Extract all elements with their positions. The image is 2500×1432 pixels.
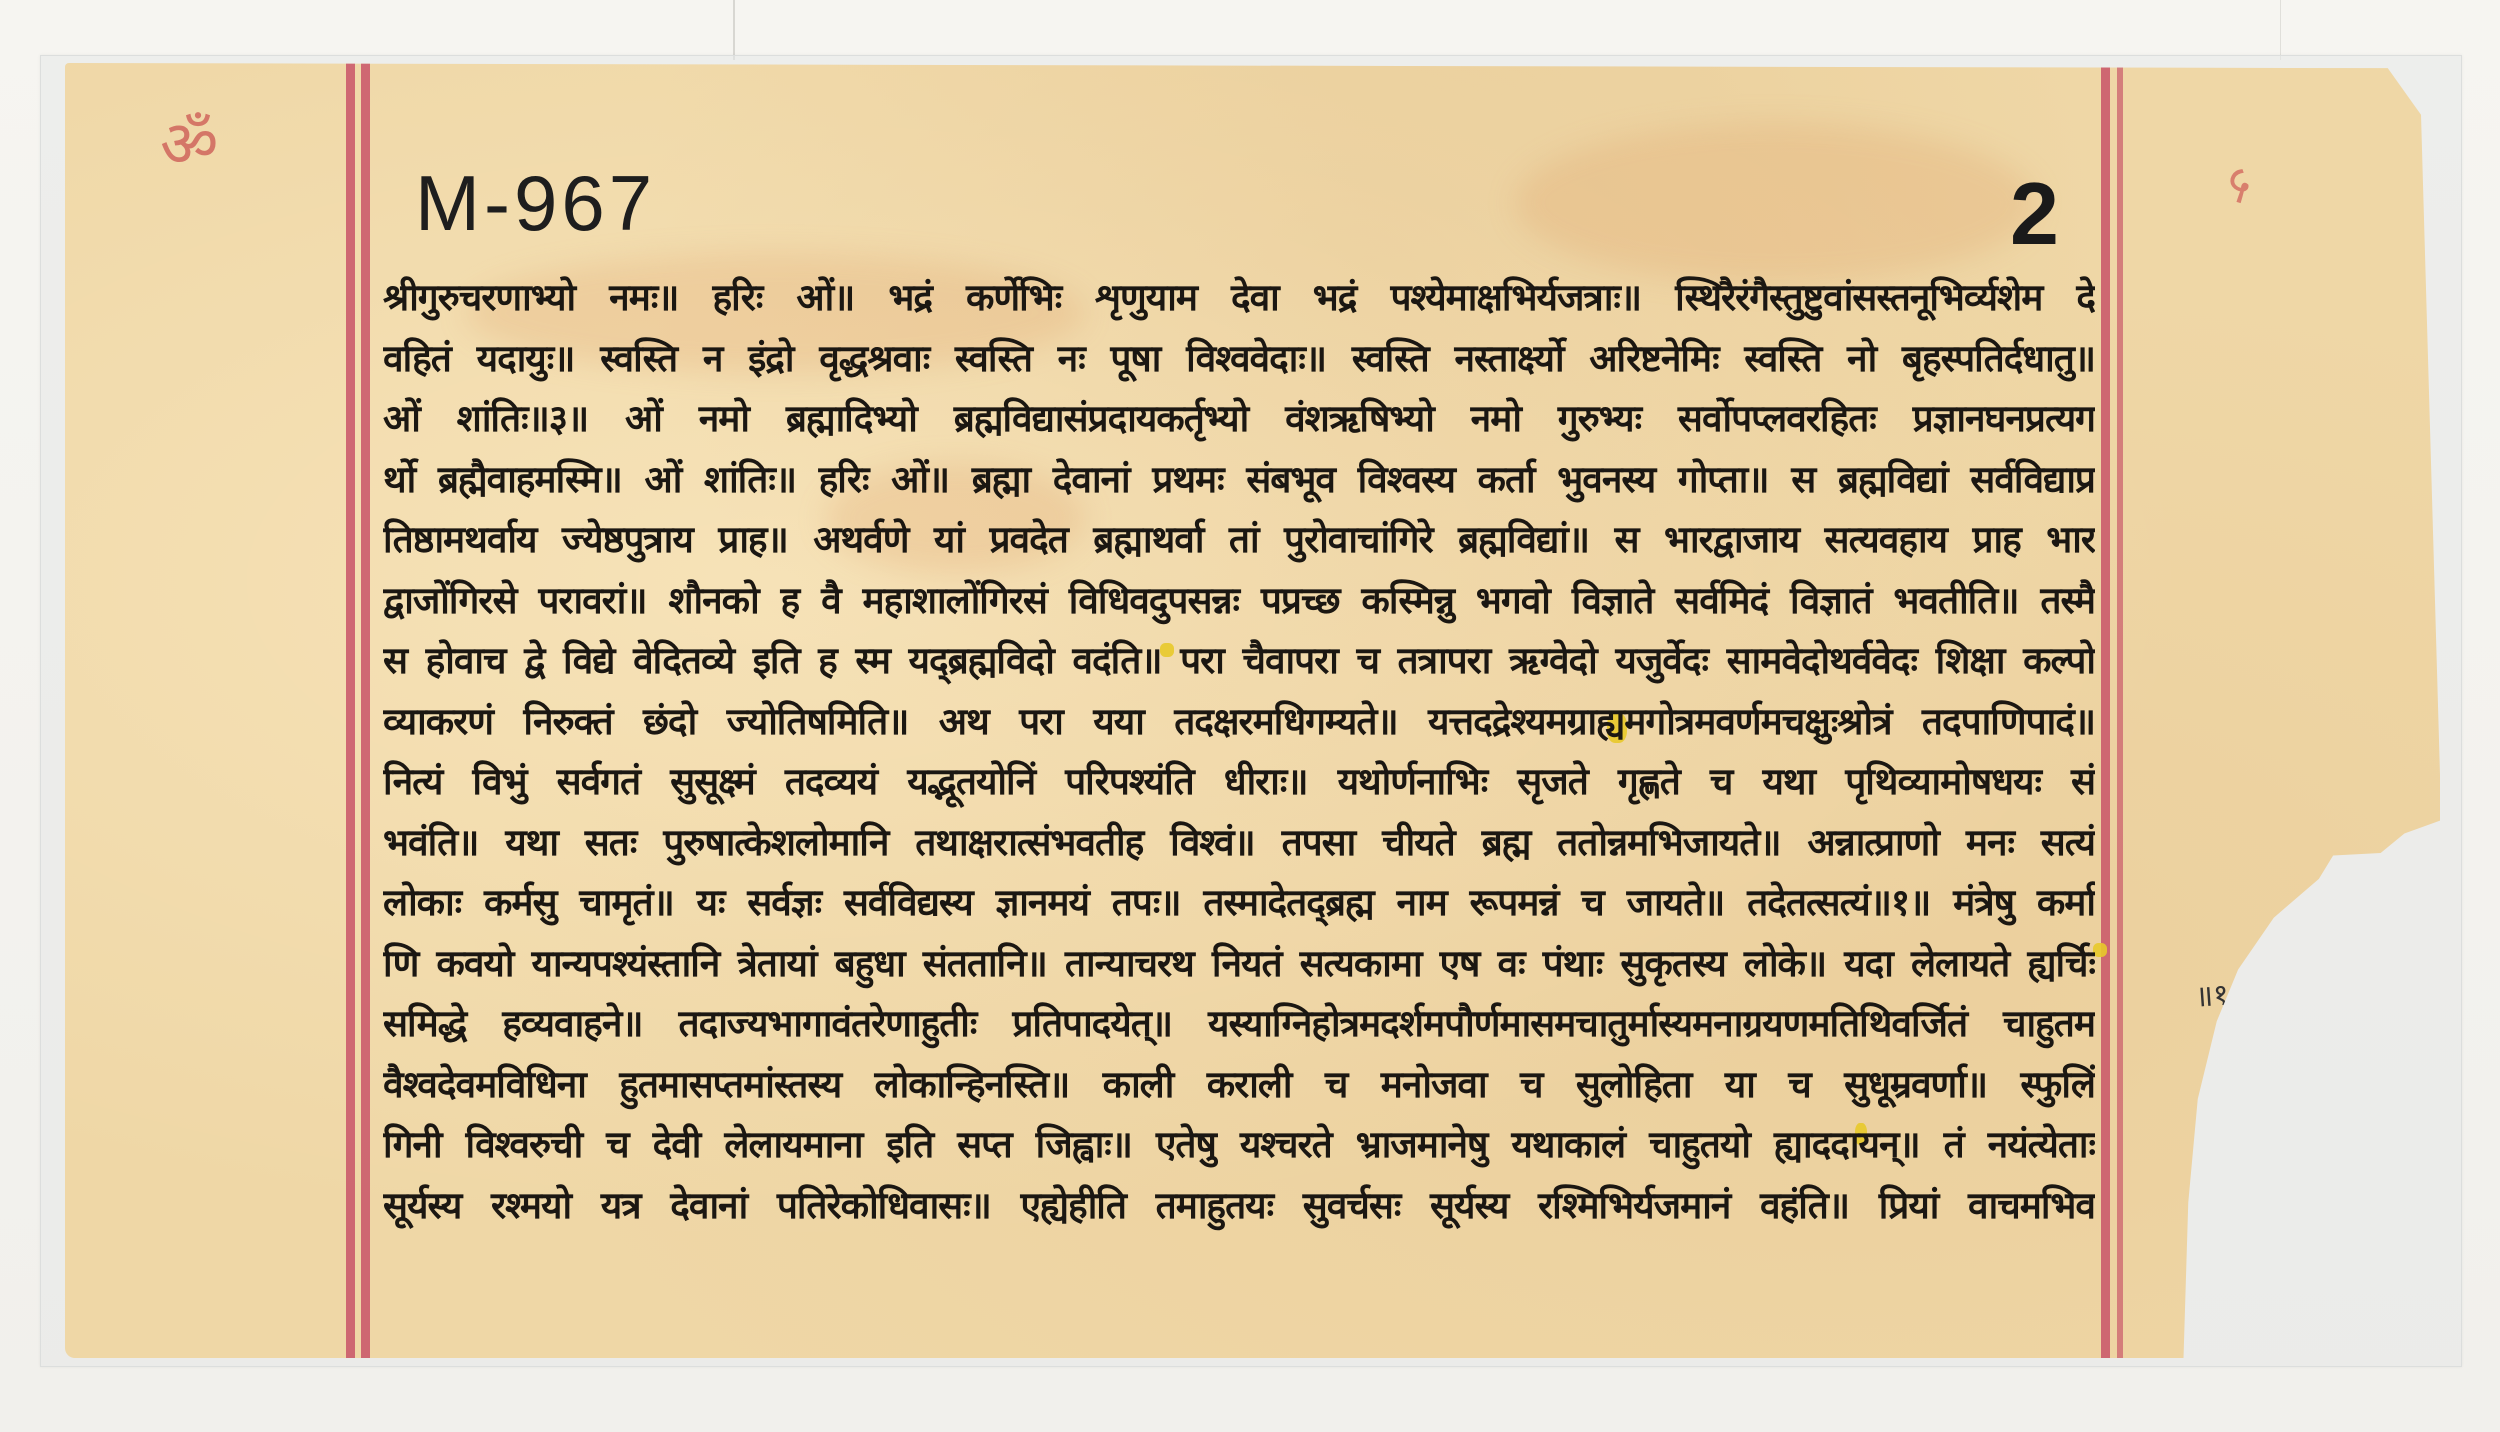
text-line: वैश्वदेवमविधिना हुतमासप्तमांस्तस्य लोकान… [383,1055,2095,1116]
om-invocation-icon: ॐ [160,98,218,185]
folio-number: 2 [2010,163,2059,265]
text-line: भवंति॥ यथा सतः पुरुषात्केशलोमानि तथाक्षर… [383,813,2095,874]
text-line: ओं शांतिः॥३॥ ओं नमो ब्रह्मादिभ्यो ब्रह्म… [383,389,2095,450]
text-line: श्रीगुरुचरणाभ्यो नमः॥ हरिः ओं॥ भद्रं कर्… [383,268,2095,329]
manuscript-text: श्रीगुरुचरणाभ्यो नमः॥ हरिः ओं॥ भद्रं कर्… [383,268,2095,1236]
text-line: लोकाः कर्मसु चामृतं॥ यः सर्वज्ञः सर्वविद… [383,873,2095,934]
text-line: द्वाजोंगिरसे परावरां॥ शौनको ह वै महाशालो… [383,571,2095,632]
water-stain [1515,123,2035,283]
text-line: णि कवयो यान्यपश्यंस्तानि त्रेतायां बहुधा… [383,934,2095,995]
shelf-mark: M-967 [415,158,656,249]
ochre-correction-mark [2093,943,2107,957]
text-line: र्थो ब्रह्मैवाहमस्मि॥ ओं शांतिः॥ हरिः ओं… [383,450,2095,511]
text-line: व्याकरणं निरुक्तं छंदो ज्योतिषमिति॥ अथ प… [383,692,2095,753]
mount-edge [2280,0,2281,60]
right-margin-rule [2117,63,2123,1358]
text-line: तिष्ठामथर्वाय ज्येष्ठपुत्राय प्राह॥ अथर्… [383,510,2095,571]
text-line: वहितं यदायुः॥ स्वस्ति न इंद्रो वृद्धश्रव… [383,329,2095,390]
text-line: नित्यं विभुं सर्वगतं सुसूक्ष्मं तदव्ययं … [383,752,2095,813]
text-line: समिद्धे हव्यवाहने॥ तदाज्यभागावंतरेणाहुती… [383,994,2095,1055]
text-line: गिनी विश्वरुची च देवी लेलायमाना इति सप्त… [383,1115,2095,1176]
mount-edge [733,0,735,60]
left-margin-rule [346,63,355,1358]
left-margin-rule [361,63,370,1358]
text-line: सूर्यस्य रश्मयो यत्र देवानां पतिरेकोधिवा… [383,1176,2095,1237]
right-margin-rule [2101,63,2110,1358]
corner-annotation: ५ [2213,146,2268,218]
text-line: स होवाच द्वे विद्ये वेदितव्ये इति ह स्म … [383,631,2095,692]
manuscript-folio: ॐ ५ M-967 2 ॥१॥ श्रीगुरुचरणाभ्यो नमः॥ हर… [65,63,2440,1358]
